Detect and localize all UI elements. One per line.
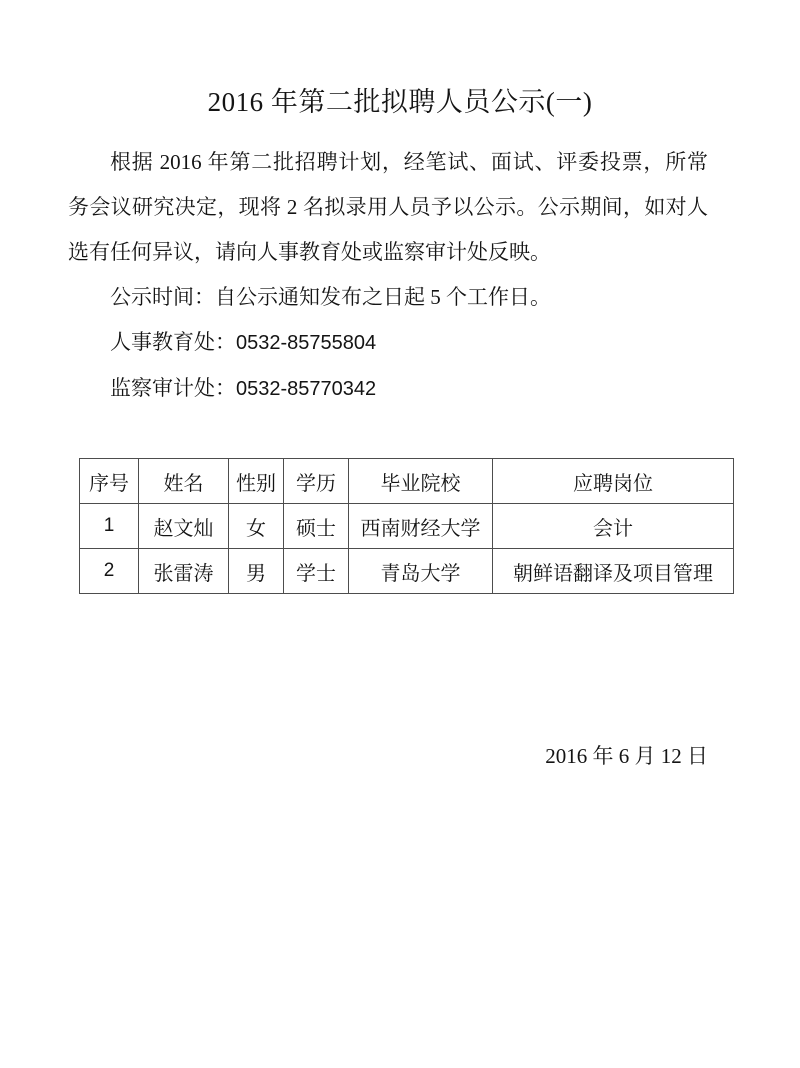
- header-cell-seq: 序号: [80, 459, 139, 504]
- contact-line: 监察审计处：0532-85770342: [68, 366, 708, 412]
- candidates-table: 序号 姓名 性别 学历 毕业院校 应聘岗位 1 赵文灿 女 硕士 西南财经大学 …: [79, 458, 734, 594]
- header-cell-degree: 学历: [284, 459, 349, 504]
- table-cell-degree: 学士: [284, 549, 349, 594]
- table-row: 2 张雷涛 男 学士 青岛大学 朝鲜语翻译及项目管理: [80, 549, 734, 594]
- table-cell-position: 朝鲜语翻译及项目管理: [493, 549, 734, 594]
- contact-phone: 0532-85755804: [236, 332, 376, 354]
- contact-label: 人事教育处：: [110, 330, 236, 354]
- notice-period-paragraph: 公示时间：自公示通知发布之日起 5 个工作日。: [68, 275, 708, 320]
- contact-phone: 0532-85770342: [236, 378, 376, 400]
- table-cell-gender: 女: [229, 504, 284, 549]
- document-page: 2016 年第二批拟聘人员公示(一) 根据 2016 年第二批招聘计划，经笔试、…: [0, 0, 800, 1068]
- table-cell-name: 赵文灿: [139, 504, 229, 549]
- header-cell-name: 姓名: [139, 459, 229, 504]
- header-cell-gender: 性别: [229, 459, 284, 504]
- table-cell-gender: 男: [229, 549, 284, 594]
- table-cell-school: 青岛大学: [349, 549, 493, 594]
- contact-label: 监察审计处：: [110, 376, 236, 400]
- table-cell-seq: 1: [80, 504, 139, 549]
- contact-line: 人事教育处：0532-85755804: [68, 320, 708, 366]
- table-header-row: 序号 姓名 性别 学历 毕业院校 应聘岗位: [80, 459, 734, 504]
- page-title: 2016 年第二批拟聘人员公示(一): [0, 80, 800, 119]
- table-row: 1 赵文灿 女 硕士 西南财经大学 会计: [80, 504, 734, 549]
- table-cell-seq: 2: [80, 549, 139, 594]
- document-date: 2016 年 6 月 12 日: [68, 741, 708, 771]
- table-cell-name: 张雷涛: [139, 549, 229, 594]
- table-cell-school: 西南财经大学: [349, 504, 493, 549]
- intro-paragraph: 根据 2016 年第二批招聘计划，经笔试、面试、评委投票，所常务会议研究决定，现…: [68, 140, 708, 275]
- body-text-block: 根据 2016 年第二批招聘计划，经笔试、面试、评委投票，所常务会议研究决定，现…: [68, 140, 708, 412]
- header-cell-position: 应聘岗位: [493, 459, 734, 504]
- header-cell-school: 毕业院校: [349, 459, 493, 504]
- table-cell-degree: 硕士: [284, 504, 349, 549]
- table-cell-position: 会计: [493, 504, 734, 549]
